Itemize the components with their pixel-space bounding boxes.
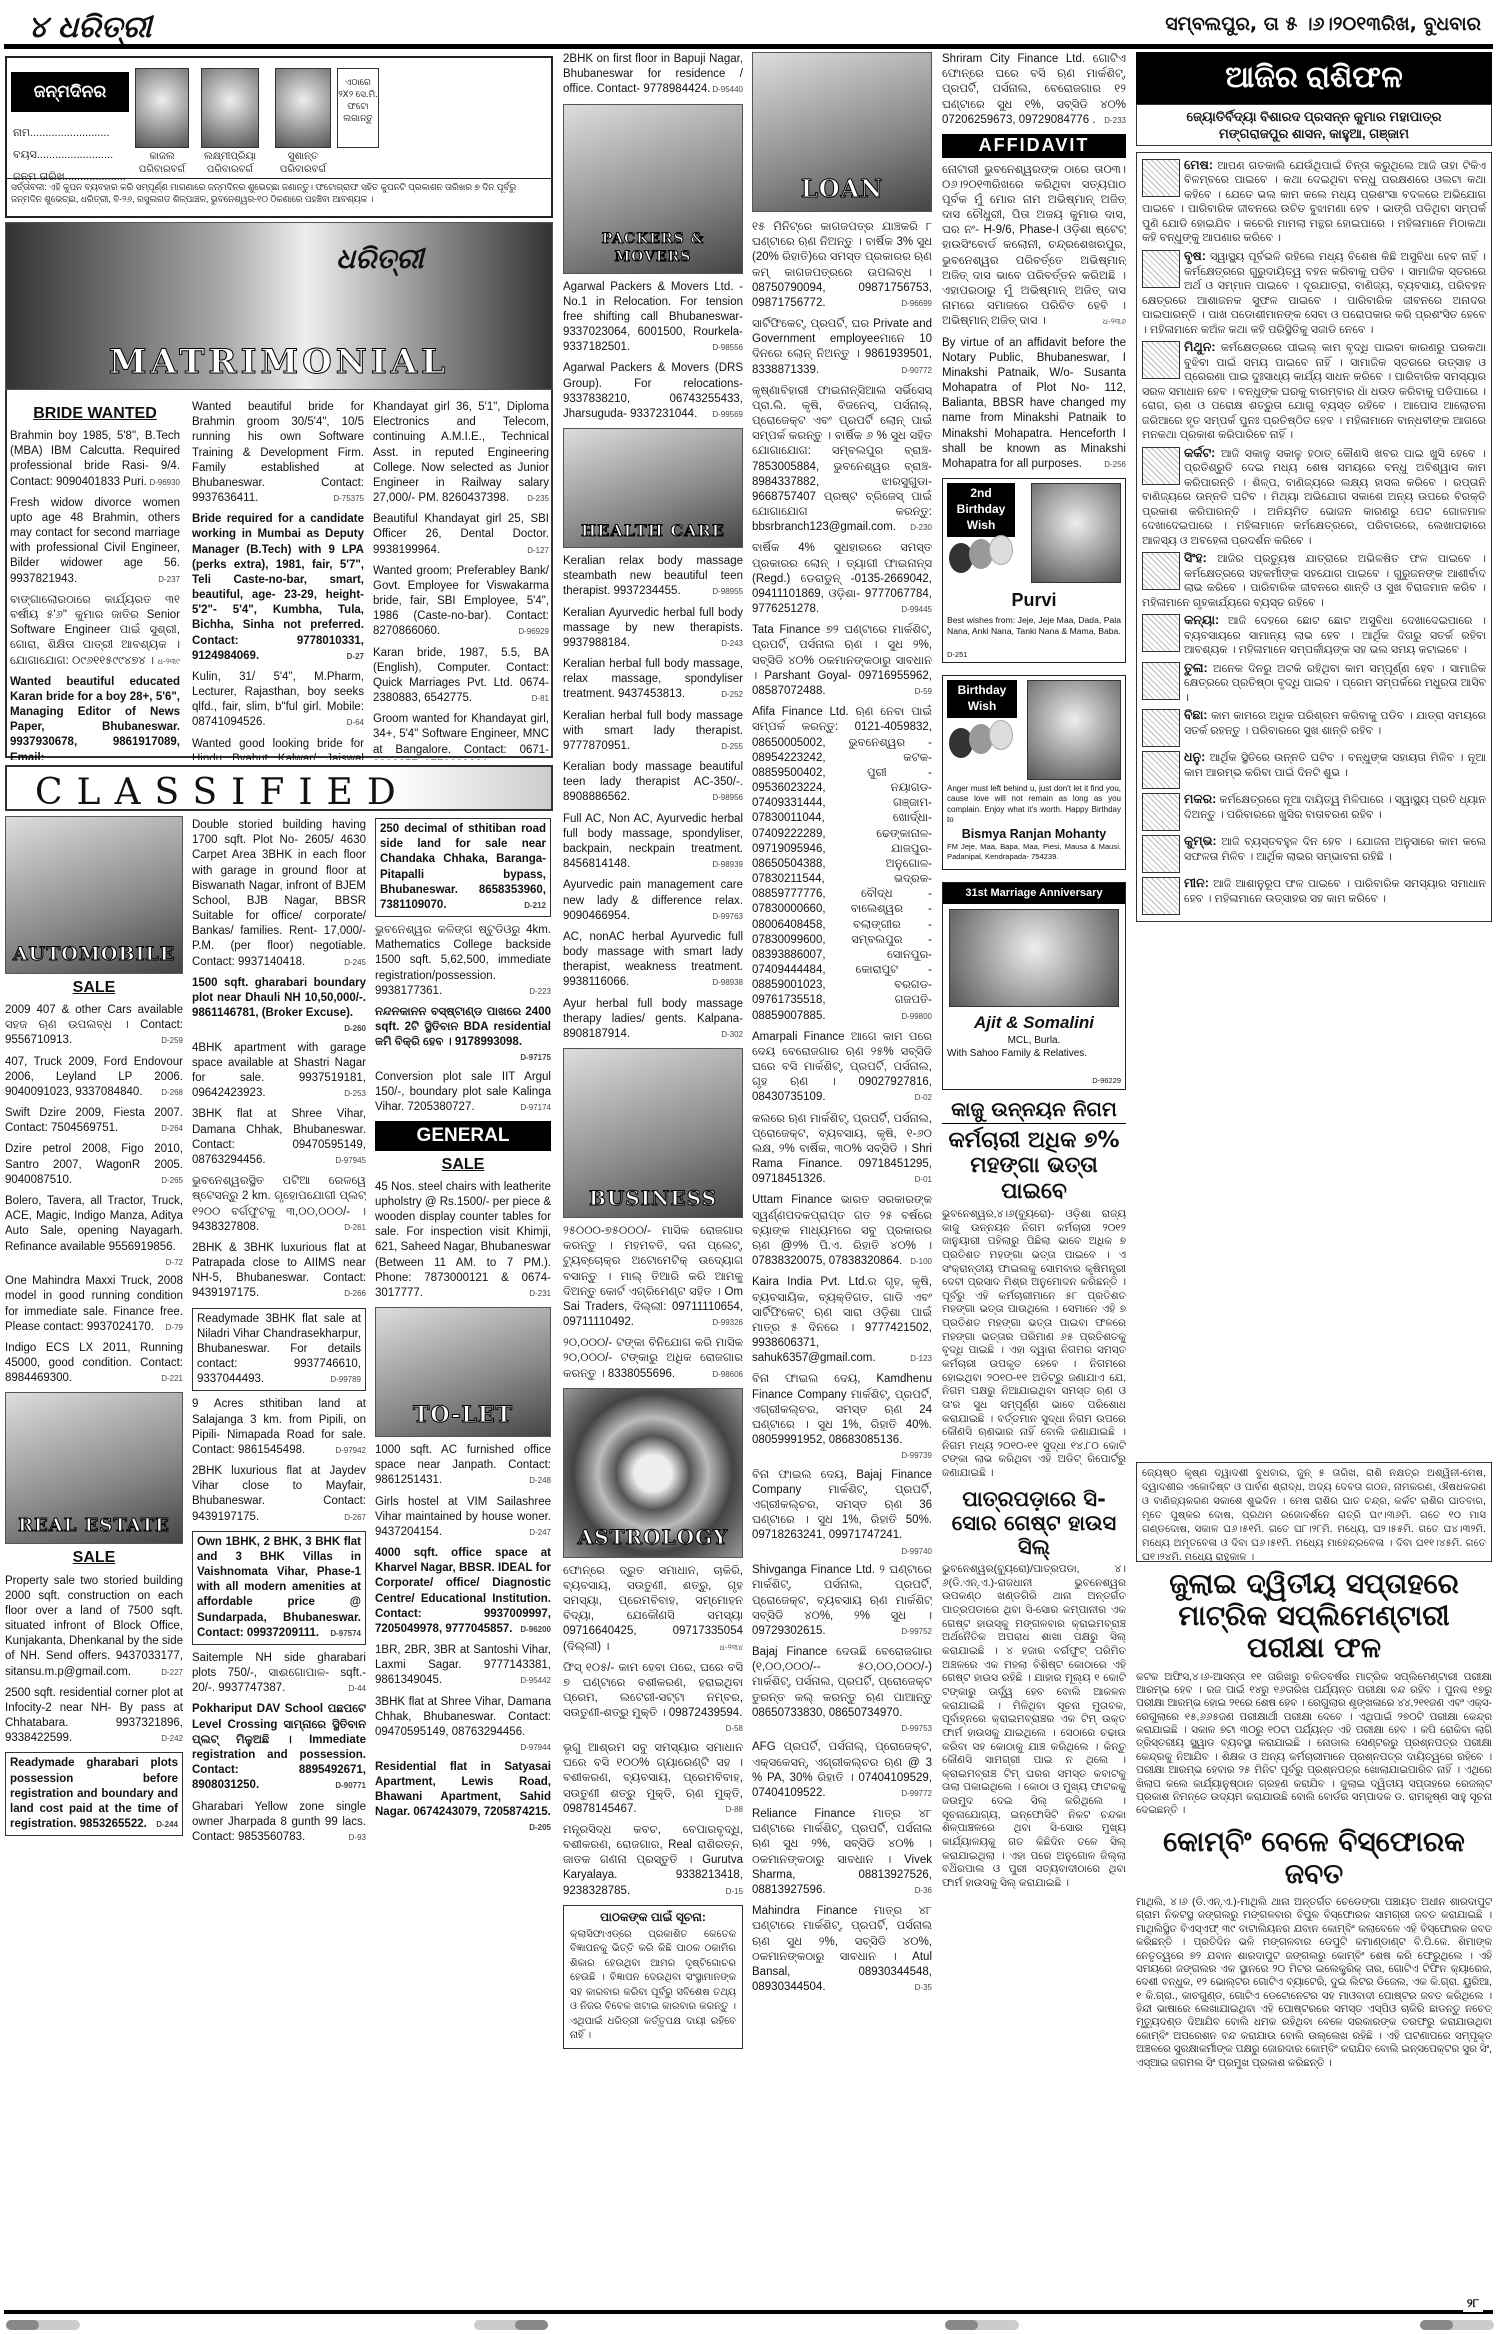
coupon-photo-placeholder: ଏଠାରେ ୨X୨ ସେ.ମି. ଫଟୋ ଲଗାନ୍ତୁ [337,68,379,148]
panjika-box: ଜ୍ୟେଷ୍ଠ କୃଷ୍ଣ ଦ୍ୱାଦଶୀ ବୁଧବାର, ଜୁନ୍ ୫ ତାର… [1136,1462,1492,1562]
ad-code: D-35 [915,1983,932,1994]
zodiac-sign-icon [1142,662,1180,700]
ad-text: Wanted good looking bride for Hindu Byah… [192,738,364,760]
rashi-name: ଧନୁ: [1184,750,1205,764]
classified-ad: ଫିସ୍ ୧୦୫/- କାମ ହେବା ପରେ, ଘରେ ବସି ୭ ଘଣ୍ଟା… [563,1661,743,1735]
ad-code: D-233 [1104,116,1126,127]
ad-code: D-75375 [333,494,364,505]
ad-text: Fresh widow divorce women upto age 48 Br… [10,497,180,585]
matrimonial-col-3: Khandayat girl 36, 5'1", Diploma Electro… [373,400,549,760]
rashi-name: ସିଂହ: [1184,551,1207,565]
ad-text: 407, Truck 2009, Ford Endovour 2006, Ley… [5,1056,183,1098]
ad-text: Saitemple NH side gharabari plots 750/-,… [192,1652,366,1694]
rashi-name: ତୁଳା: [1184,661,1208,675]
classified-ad: Gharabari Yellow zone single owner Jharp… [192,1800,366,1846]
classified-ad: Property sale two storied building 2000 … [5,1574,183,1680]
ad-code: D-248 [529,1476,551,1487]
ad-text: ବାଙ୍ଗାଲୋରଠାରେ କାର୍ଯ୍ୟରତ ୩୧ ବର୍ଷୀୟ ୫'୬" କ… [10,594,180,667]
classified-ad: 407, Truck 2009, Ford Endovour 2006, Ley… [5,1055,183,1101]
classified-ad: 2009 407 & other Cars available ସହଜ ଋଣ ଉ… [5,1003,183,1049]
rashi-text: ଅନେକ ଦିନରୁ ଅଟକି ରହିଥିବା କାମ ସମ୍ପୂର୍ଣ୍ଣ ହ… [1184,663,1486,704]
classified-ad: ମନ୍ତ୍ରସିଦ୍ଧ କବଚ, ବେପାରବୃଦ୍ଧି, ବଶୀକରଣ, ରୋ… [563,1823,743,1899]
classified-ad: One Mahindra Maxxi Truck, 2008 model in … [5,1274,183,1335]
ad-text: Dzire petrol 2008, Figo 2010, Santro 200… [5,1143,183,1185]
ad-code: D-95440 [712,85,743,96]
news-kicker-cashew: କାଜୁ ଉନ୍ନୟନ ନିଗମ [942,1098,1126,1124]
rashi-text: ଆଜି ବ୍ୟସ୍ତବହୁଳ ଦିନ ହେବ । ଯୋଜନା ଅନୁସାରେ କ… [1184,836,1486,863]
news-headline-guesthouse: ପାତ୍ରପଡ଼ାରେ ସି-ସୋର ଗେଷ୍ଟ ହାଉସ ସିଲ୍ [942,1487,1126,1559]
classified-ad: ବାଙ୍ଗାଲୋରଠାରେ କାର୍ଯ୍ୟରତ ୩୧ ବର୍ଷୀୟ ୫'୬" କ… [10,593,180,669]
classified-banner: CLASSIFIED [5,765,553,811]
ad-text: 2500 sqft. residential corner plot at In… [5,1687,183,1745]
rashi-name: କର୍କଟ: [1184,446,1215,460]
column-6: Shriram City Finance Ltd. ଗୋଟିଏ ଫୋନ୍‌ରେ … [942,52,1126,2310]
classified-ad: 250 decimal of sthitiban road side land … [375,818,551,917]
ad-code: D-268 [161,1088,183,1099]
rashi-text: ଆପଣ ଗତକାଲି ଯେଉଁଥିପାଇଁ ଚିନ୍ତା କରୁଥିଲେ ଆଜି… [1142,160,1486,245]
to-let-image: TO-LET [375,1307,551,1437]
ad-text: Gharabari Yellow zone single owner Jharp… [192,1801,366,1843]
ad-code: D-72 [166,1258,183,1269]
ad-text: ଭୁବନେଶ୍ୱର କଳିଙ୍ଗ ଷ୍ଟୁଡିଓରୁ 4km. Mathemat… [375,924,551,997]
coupon-field-age[interactable]: ବୟସ......................... [13,144,133,166]
classified-ad: Shivganga Finance Ltd. ୨ ଘଣ୍ଟାରେ ମାର୍କଶି… [752,1563,932,1639]
ad-code: D-97174 [520,1103,551,1114]
classified-ad: ୨୦,୦୦୦/- ଟଙ୍କା ବିନିଯୋଗ କରି ମାସିକ ୨୦,୦୦୦/… [563,1336,743,1382]
classified-ad: Residential flat in Satyasai Apartment, … [375,1760,551,1834]
ad-code: D-97945 [335,1156,366,1167]
rashi-text: ଆର୍ଥିକ ସ୍ଥିତିରେ ଉନ୍ନତି ଘଟିବ । ବନ୍ଧୁଙ୍କ ସ… [1184,752,1486,779]
classified-ad: Fresh widow divorce women upto age 48 Br… [10,496,180,587]
birthday-wish-bismya: Birthday Wish Anger must left behind u, … [942,675,1126,870]
ad-text: 2009 407 & other Cars available ସହଜ ଋଣ ଉ… [5,1004,183,1046]
classified-ad: ଭୁବନେଶ୍ୱର କଳିଙ୍ଗ ଷ୍ଟୁଡିଓରୁ 4km. Mathemat… [375,923,551,999]
general-bar: GENERAL [375,1121,551,1150]
ad-text: Uttam Finance ଭାରତ ସରକାରଙ୍କ ସ୍ୱର୍ଣ୍ଣପଦକପ… [752,1194,932,1267]
dharitri-logo: ଧରିତ୍ରୀ [336,241,423,278]
couple-place: MCL, Burla. [943,1034,1125,1047]
ad-code: D-99772 [901,1789,932,1800]
birthday-coupon: ଜନ୍ମଦିନର ଶୁଭେଚ୍ଛା ନାମ...................… [5,56,553,218]
ad-text: Karan bride, 1987, 5.5, BA (English), Co… [373,647,549,705]
ad-code: D-252 [721,690,743,701]
footer-rule [4,2310,1493,2314]
business-image: BUSINESS [563,1048,743,1218]
classified-ad: Keralian relax body massage steambath ne… [563,554,743,600]
ad-code: ଧ-୨୩୯ [158,657,180,668]
ad-code: D-99752 [901,1627,932,1638]
classified-ad: 2BHK & 3BHK luxurious flat at Patrapada … [192,1241,366,1302]
classified-ad: ୧୫ ମିନିଟ୍‌ରେ କାଗଜପତ୍ର ଯାଞ୍ଚକରି ୮ ଘଣ୍ଟାରେ… [752,220,932,311]
zodiac-sign-icon [1142,341,1180,379]
ad-text: ୧୫ ମିନିଟ୍‌ରେ କାଗଜପତ୍ର ଯାଞ୍ଚକରି ୮ ଘଣ୍ଟାରେ… [752,221,932,309]
news-body-cashew: ଭୁବନେଶ୍ୱର,୪।୬(ବ୍ୟୁରୋ)- ଓଡ଼ିଶା ରାଜ୍ୟ କାଜୁ… [942,1208,1126,1481]
ad-text: By virtue of an affidavit before the Not… [942,337,1126,470]
ad-text: Bajaj Finance ଦେଉଛି ବେରୋଜଗାର (୧,୦୦,୦୦୦/-… [752,1646,932,1719]
ad-text: 3BHK flat at Shree Vihar, Damana Chhak, … [375,1696,551,1738]
zodiac-sign-icon [1142,709,1180,747]
zodiac-sign-icon [1142,835,1180,873]
horizontal-scrollbar-mid[interactable] [474,2320,548,2330]
ad-text: Afifa Finance Ltd. ଋଣ ନେବା ପାଇଁ ସମ୍ପର୍କ … [752,706,932,1021]
ad-code: D-255 [721,742,743,753]
ad-code: D-223 [529,987,551,998]
classified-ad: Khandayat girl 36, 5'1", Diploma Electro… [373,400,549,506]
ad-code: D-97944 [520,1743,551,1754]
panjika-text: ଜ୍ୟେଷ୍ଠ କୃଷ୍ଣ ଦ୍ୱାଦଶୀ ବୁଧବାର, ଜୁନ୍ ୫ ତାର… [1142,1467,1486,1562]
reader-notice: ପାଠକଙ୍କ ପାଇଁ ସୂଚନା: କ୍ଲାସିଫାଏଡ୍‌ରେ ପ୍ରକା… [563,1905,743,2049]
classified-ad: Groom wanted for Khandayat girl, 34+, 5'… [373,712,549,760]
classified-ad: 1500 sqft. gharabari boundary plot near … [192,976,366,1035]
classified-ad: Uttam Finance ଭାରତ ସରକାରଙ୍କ ସ୍ୱର୍ଣ୍ଣପଦକପ… [752,1193,932,1269]
ad-text: Double storied building having 1700 sqft… [192,819,366,968]
classified-col-1: AUTOMOBILE SALE 2009 407 & other Cars av… [5,816,183,2310]
ad-text: Shriram City Finance Ltd. ଗୋଟିଏ ଫୋନ୍‌ରେ … [942,53,1126,126]
classified-ad: ଫୋନ୍‌ରେ ଦ୍ରୁତ ସମାଧାନ, ଚାକିରି, ବ୍ୟବସାୟ, ସ… [563,1564,743,1655]
couple-names: Ajit & Somalini [943,1012,1125,1034]
coupon-field-name[interactable]: ନାମ.......................... [13,122,133,144]
rashi-name: କନ୍ୟା: [1184,613,1219,627]
ad-text: One Mahindra Maxxi Truck, 2008 model in … [5,1275,183,1333]
classified-ad: By virtue of an affidavit before the Not… [942,336,1126,473]
ad-text: Own 1BHK, 2 BHK, 3 BHK flat and 3 BHK Vi… [197,1536,361,1639]
rashi-text: ସ୍ୱାସ୍ଥ୍ୟ ପୂର୍ବଭଳି ରହିଲେ ମଧ୍ୟ ବିଶେଷ କିଛି… [1142,251,1486,336]
ad-code: D-266 [344,1289,366,1300]
zodiac-sign-icon [1142,614,1180,652]
classified-ad: Afifa Finance Ltd. ଋଣ ନେବା ପାଇଁ ସମ୍ପର୍କ … [752,705,932,1024]
automobile-image: AUTOMOBILE [5,816,183,974]
general-sale-heading: SALE [375,1154,551,1175]
rashifal-list: ମେଷ: ଆପଣ ଗତକାଲି ଯେଉଁଥିପାଇଁ ଚିନ୍ତା କରୁଥିଲ… [1136,152,1492,923]
ad-code: D-247 [529,1528,551,1539]
ad-text: ନନ୍ଦନକାନନ ବସ୍‌ଷ୍ଟାଣ୍ଡ ପାଖରେ 2400 sqft. 2… [375,1006,551,1048]
classified-ad: Ayur herbal full body massage therapy la… [563,997,743,1043]
birthday-name: Purvi [943,589,1125,613]
classified-ad: Shriram City Finance Ltd. ଗୋଟିଏ ଫୋନ୍‌ରେ … [942,52,1126,128]
classified-ad: Ayurvedic pain management care new lady … [563,878,743,924]
ad-text: Residential flat in Satyasai Apartment, … [375,1761,551,1819]
horizontal-scrollbar-far-right[interactable] [1420,2320,1494,2330]
ad-code: D-96699 [901,299,932,310]
news-headline-matric: ଜୁଲାଇ ଦ୍ୱିତୀୟ ସପ୍ତାହରେ ମାଟ୍ରିକ ସପ୍ଲିମେଣ୍… [1136,1568,1492,1665]
classified-ad: ଭୃଗୁ ଆଶ୍ରମ ସବୁ ସମସ୍ୟାର ସମାଧାନ ଘରେ ବସି ୧୦… [563,1741,743,1817]
bride-wanted-heading: BRIDE WANTED [10,403,180,424]
rashi-item: ମୀନ: ଆଜି ଆଶାନୁରୂପ ଫଳ ପାଇବେ । ପାରିବାରିକ ସ… [1142,875,1486,915]
packers-movers-image: PACKERS & MOVERS [563,104,743,274]
classified-ad: Agarwal Packers & Movers (DRS Group). Fo… [563,361,743,422]
rashifal-section: ଆଜିର ରାଶିଫଳ ଜ୍ୟୋତିର୍ବିଦ୍ୟା ବିଶାରଦ ପ୍ରସନ୍… [1136,52,1492,1472]
ad-code: D-97175 [520,1053,551,1064]
ad-code: D-265 [161,1176,183,1187]
ad-text: Mahindra Finance ମାତ୍ର ୪୮ ଘଣ୍ଟାରେ ମାର୍କଶ… [752,1905,932,1993]
ad-text: Tata Finance ୭୨ ଘଣ୍ଟାରେ ମାର୍କଶିଟ୍, ପ୍ରପର… [752,624,932,697]
classified-ad: Bride required for a candidate working i… [192,512,364,664]
ad-text: Wanted beautiful educated Karan bride fo… [10,676,180,760]
rashi-text: କର୍ମକ୍ଷେତ୍ରରେ ପୀଇଲ୍ କାମ ବୃଦ୍ଧି ପାଇବା କାର… [1142,342,1486,441]
anniversary-message: With Sahoo Family & Relatives. [943,1047,1125,1060]
news-right: ଜୁଲାଇ ଦ୍ୱିତୀୟ ସପ୍ତାହରେ ମାଟ୍ରିକ ସପ୍ଲିମେଣ୍… [1136,1568,1492,2308]
rashi-item: ସିଂହ: ଆଜିର ପ୍ରତ୍ୟୁଷ ଯାତ୍ରାରେ ଅଭିଳଷିତ ଫଳ … [1142,550,1486,610]
column-5: LOAN ୧୫ ମିନିଟ୍‌ରେ କାଗଜପତ୍ର ଯାଞ୍ଚକରି ୮ ଘଣ… [752,52,932,2310]
rashi-name: ମିଥୁନ: [1184,340,1215,354]
ad-code: D-98956 [712,793,743,804]
ad-text: Swift Dzire 2009, Fiesta 2007. Contact: … [5,1107,183,1134]
automobile-sale-heading: SALE [5,977,183,998]
matrimonial-banner: ଧରିତ୍ରୀ MATRIMONIAL [5,222,553,390]
classified-ad: Tata Finance ୭୨ ଘଣ୍ଟାରେ ମାର୍କଶିଟ୍, ପ୍ରପର… [752,623,932,699]
classified-ad: 4000 sqft. office space at Kharvel Nagar… [375,1546,551,1637]
ad-code: D-58 [726,1724,743,1735]
coupon-photo-1 [135,68,189,148]
classified-ad: ନନ୍ଦନକାନନ ବସ୍‌ଷ୍ଟାଣ୍ଡ ପାଖରେ 2400 sqft. 2… [375,1005,551,1064]
ad-code: D-99740 [901,1547,932,1558]
ad-text: Kulin, 31/ 5'4", M.Pharm, Lecturer, Raja… [192,671,364,729]
ad-text: Amarpali Finance ଆଗେ କାମ ପରେ ଦେୟ ବେରୋଜଗା… [752,1031,932,1104]
classified-col-3: 250 decimal of sthitiban road side land … [375,818,551,2310]
loan-image: LOAN [752,52,932,212]
ad-code: D-36 [915,1886,932,1897]
ad-text: Bride required for a candidate working i… [192,513,364,662]
ad-code: D-127 [527,546,549,557]
classified-ad: Readymade 3BHK flat sale at Niladri Viha… [192,1308,366,1392]
classified-ad: Kulin, 31/ 5'4", M.Pharm, Lecturer, Raja… [192,670,364,731]
ad-code: D-27 [347,652,364,663]
ad-code: D-99800 [901,1012,932,1023]
ad-code: D-95442 [520,1676,551,1687]
ad-code: D-253 [344,1089,366,1100]
ad-text: କୃଷ୍ଣାବିହାରୀ ଫାଇନାନ୍ସିଆଲ ସର୍ଭିସେସ୍ ପ୍ରା.… [752,385,932,534]
ad-code: D-251 [947,650,967,660]
classified-ad: 2BHK luxurious flat at Jaydev Vihar clos… [192,1464,366,1525]
ad-text: 1000 sqft. AC furnished office space nea… [375,1444,551,1486]
ad-code: D-96929 [518,627,549,638]
zodiac-sign-icon [1142,877,1180,915]
classified-ad: Bajaj Finance ଦେଉଛି ବେରୋଜଗାର (୧,୦୦,୦୦୦/-… [752,1645,932,1734]
ad-text: ବିନା ଫାଇଲ ଦେୟ, Kamdhenu Finance Company … [752,1373,932,1446]
classified-ad: Conversion plot sale IIT Argul 150/-, bo… [375,1070,551,1116]
classified-ad: 9 Acres sthitiban land at Salajanga 3 km… [192,1397,366,1458]
rashi-name: କୁମ୍ଭ: [1184,834,1217,848]
ad-code: D-64 [347,718,364,729]
classified-ad: Kaira India Pvt. Ltd.ର ଗୃହ, କୃଷି, ବ୍ୟବସା… [752,1275,932,1366]
classified-ad: Keralian body massage beautiful teen lad… [563,760,743,806]
ad-text: Keralian herbal full body massage with s… [563,710,743,752]
balloons-icon-3 [989,535,1013,565]
rashi-item: ମେଷ: ଆପଣ ଗତକାଲି ଯେଉଁଥିପାଇଁ ଚିନ୍ତା କରୁଥିଲ… [1142,157,1486,246]
ad-code: D-88 [726,1805,743,1816]
couple-photo [949,909,1119,1007]
rashi-item: ମକର: କର୍ମକ୍ଷେତ୍ରରେ ନୂଆ ଦାୟିତ୍ୱ ମିଳିପାରେ … [1142,791,1486,831]
rashifal-author: ଜ୍ୟୋତିର୍ବିଦ୍ୟା ବିଶାରଦ ପ୍ରସନ୍ନ କୁମାର ମହାପ… [1136,104,1492,146]
birthday-message: Anger must left behind u, just don't let… [947,784,1121,826]
classified-ad: 1000 sqft. AC furnished office space nea… [375,1443,551,1489]
classified-ad: 2BHK on first floor in Bapuji Nagar, Bhu… [563,52,743,98]
matrimonial-col-2: Wanted beautiful bride for Brahmin groom… [192,400,364,760]
coupon-photo-1-caption: କାଜଲପରିବାରବର୍ଗ [125,150,199,176]
ad-code: D-99753 [901,1724,932,1735]
classified-ad: Wanted beautiful bride for Brahmin groom… [192,400,364,506]
rashi-text: ଆଜି ଆଶାନୁରୂପ ଫଳ ପାଇବେ । ପାରିବାରିକ ସମସ୍ୟା… [1184,878,1486,905]
classified-ad: ନୋଟାରୀ ଭୁବନେଶ୍ୱରଙ୍କ ଠାରେ ତା୦୩।୦୬।୨୦୧୩ରିଖ… [942,163,1126,330]
zodiac-sign-icon [1142,250,1180,288]
ad-code: D-93 [349,1833,366,1844]
rashi-item: କନ୍ୟା: ଆଜି ଦେହରେ ଛୋଟ ଛୋଟ ଅସୁବିଧା ଦେଖାଦେଇ… [1142,612,1486,658]
news-body-guesthouse: ଭୁବନେଶ୍ୱର(ବ୍ୟୁରୋ)/ପାତ୍ରପଡା, ୪।୬(ଡି.ଏନ୍.ଏ… [942,1563,1126,1890]
ad-text: Keralian herbal full body massage, relax… [563,658,743,700]
ad-code: D-244 [156,1820,178,1831]
real-estate-sale-heading: SALE [5,1547,183,1568]
news-headline-cashew: କର୍ମଚାରୀ ଅଧିକ ୭% ମହଙ୍ଗା ଭତ୍ତା ପାଇବେ [942,1128,1126,1204]
classified-ad: AC, nonAC herbal Ayurvedic full body mas… [563,930,743,991]
ad-text: Reliance Finance ମାତ୍ର ୪୮ ଘଣ୍ଟାରେ ମାର୍କଶ… [752,1808,932,1896]
coupon-title: ଜନ୍ମଦିନର ଶୁଭେଚ୍ଛା [11,72,129,112]
rashi-text: କର୍ମକ୍ଷେତ୍ରରେ ନୂଆ ଦାୟିତ୍ୱ ମିଳିପାରେ । ସ୍ୱ… [1184,794,1486,821]
ad-code: D-227 [161,1668,183,1679]
classified-ad: Reliance Finance ମାତ୍ର ୪୮ ଘଣ୍ଟାରେ ମାର୍କଶ… [752,1807,932,1898]
ad-text: Beautiful Khandayat girl 25, SBI Officer… [373,513,549,555]
zodiac-sign-icon [1142,793,1180,831]
ad-code: D-243 [721,639,743,650]
ad-code: ଧ-୨୩୬ [1103,317,1126,328]
ad-code: D-221 [161,1374,183,1385]
birthday-title: 2nd Birthday Wish [947,483,1015,536]
matrimonial-label: MATRIMONIAL [6,340,552,385]
classified-ad: Keralian Ayurvedic herbal full body mass… [563,606,743,652]
zodiac-sign-icon [1142,447,1180,485]
classified-ad: ବିନା ଫାଇଲ ଦେୟ, Kamdhenu Finance Company … [752,1372,932,1461]
ad-code: D-99445 [901,605,932,616]
coupon-photo-3 [275,68,331,148]
rashi-name: ମେଷ: [1184,158,1213,172]
ad-code: D-235 [527,494,549,505]
rashi-name: ବିଛା: [1184,708,1207,722]
classified-ad: ଭୁବନେଶ୍ୱରସ୍ଥିତ ପଟିଆ ରେଳୱେ ଷ୍ଟେସନ୍‌ରୁ 2 k… [192,1174,366,1235]
horizontal-scrollbar-left[interactable] [6,2320,80,2330]
ad-code: D-59 [915,687,932,698]
ad-code: D-98556 [712,343,743,354]
classified-ad: Keralian herbal full body massage with s… [563,709,743,755]
classified-ad: Own 1BHK, 2 BHK, 3 BHK flat and 3 BHK Vi… [192,1531,366,1645]
rashi-item: ବୃଷ: ସ୍ୱାସ୍ଥ୍ୟ ପୂର୍ବଭଳି ରହିଲେ ମଧ୍ୟ ବିଶେଷ… [1142,248,1486,337]
ad-code: D-256 [1104,460,1126,471]
classified-ad: Dzire petrol 2008, Figo 2010, Santro 200… [5,1142,183,1188]
news-headline-explosives: କୋମ୍ବିଂ ବେଳେ ବିସ୍ଫୋରକ ଜବତ [1136,1826,1492,1890]
ad-text: ଭୁବନେଶ୍ୱରସ୍ଥିତ ପଟିଆ ରେଳୱେ ଷ୍ଟେସନ୍‌ରୁ 2 k… [192,1175,366,1233]
rashi-item: ତୁଳା: ଅନେକ ଦିନରୁ ଅଟକି ରହିଥିବା କାମ ସମ୍ପୂର… [1142,660,1486,706]
classified-label: CLASSIFIED [35,769,410,817]
classified-ad: ବାର୍ଷିକ 4% ସୁଧହାରରେ ସମସ୍ତ ପ୍ରକାରର ଲୋନ୍ ।… [752,541,932,617]
zodiac-sign-icon [1142,751,1180,789]
classified-ad: Indigo ECS LX 2011, Running 45000, good … [5,1341,183,1387]
ad-text: ୨୫୦୦୦-୭୫୦୦୦/- ମାସିକ ରୋଜଗାର କରନ୍ତୁ । ମହମବ… [563,1225,743,1328]
ad-code: D-98606 [712,1370,743,1381]
classified-ad: Brahmin boy 1985, 5'8", B.Tech (MBA) IBM… [10,429,180,490]
ad-text: Khandayat girl 36, 5'1", Diploma Electro… [373,401,549,504]
classified-ad: Keralian herbal full body massage, relax… [563,657,743,703]
anniversary-title: 31st Marriage Anniversary [943,883,1125,904]
birthday-wish-purvi: 2nd Birthday Wish Purvi Best wishes from… [942,478,1126,663]
horizontal-scrollbar-right[interactable] [945,2320,1019,2330]
ad-code: D-242 [161,1734,183,1745]
rashi-item: କର୍କଟ: ଆଜି ସକାଳୁ ସକାଳୁ ହଠାତ୍ କୌଣସି ଖବର ପ… [1142,445,1486,549]
classified-ad: Pokhariput DAV School ପଛପଟେ Level Crossi… [192,1702,366,1793]
classified-ad: Wanted beautiful educated Karan bride fo… [10,675,180,760]
classified-ad: 4BHK apartment with garage space availab… [192,1041,366,1102]
affidavit-bar: AFFIDAVIT [942,134,1126,158]
rashi-name: ମକର: [1184,792,1216,806]
ad-code: D-01 [915,1175,932,1186]
ad-text: Groom wanted for Khandayat girl, 34+, 5'… [373,713,549,760]
coupon-photo-2 [201,68,259,148]
ad-text: ବିନା ଫାଇଲ ଦେୟ, Bajaj Finance Company ମାର… [752,1469,932,1542]
rashifal-title: ଆଜିର ରାଶିଫଳ [1136,52,1492,104]
ad-code: D-99789 [330,1375,361,1386]
dateline: ସମ୍ବଲପୁର, ତା ୫ ।୬।୨୦୧୩ରିଖ, ବୁଧବାର [1165,12,1481,37]
ad-code: D-90772 [901,366,932,377]
classified-ad: 2500 sqft. residential corner plot at In… [5,1686,183,1747]
purvi-photo [1031,483,1121,583]
classified-ad: Amarpali Finance ଆଗେ କାମ ପରେ ଦେୟ ବେରୋଜଗା… [752,1030,932,1106]
ad-text: କଲରେ ଋଣ ମାର୍କଶିଟ୍, ପ୍ରପର୍ଟି, ପର୍ସନାଲ, ପ୍… [752,1113,932,1186]
classified-ad: Readymade gharabari plots possession bef… [5,1752,183,1836]
ad-text: ଫିସ୍ ୧୦୫/- କାମ ହେବା ପରେ, ଘରେ ବସି ୭ ଘଣ୍ଟା… [563,1662,743,1720]
ad-code: D-99569 [712,410,743,421]
news-body-explosives: ମାଥିଲି, ୪।୬ (ଡି.ଏନ୍.ଏ.)-ମାଥିଲି ଥାନା ଅନ୍ତ… [1136,1896,1492,2070]
ad-text: Pokhariput DAV School ପଛପଟେ Level Crossi… [192,1703,366,1791]
rashi-item: ମିଥୁନ: କର୍ମକ୍ଷେତ୍ରରେ ପୀଇଲ୍ କାମ ବୃଦ୍ଧି ପା… [1142,339,1486,443]
ad-text: ଭୃଗୁ ଆଶ୍ରମ ସବୁ ସମସ୍ୟାର ସମାଧାନ ଘରେ ବସି ୧୦… [563,1742,743,1815]
ad-text: Indigo ECS LX 2011, Running 45000, good … [5,1342,183,1384]
page-number-and-masthead: ୪ ଧରିତ୍ରୀ [28,8,151,48]
ad-code: D-100 [910,1257,932,1268]
classified-ad: 3BHK flat at Shree Vihar, Damana Chhak, … [192,1107,366,1168]
classified-ad: Agarwal Packers & Movers Ltd. - No.1 in … [563,280,743,356]
ad-code: D-98938 [712,978,743,989]
classified-ad: AFG ପ୍ରପର୍ଟି, ପର୍ସନାଲ୍, ପ୍ରୋଜେକ୍ଟ, ଏକ୍ସକ… [752,1740,932,1801]
ad-text: ନୋଟାରୀ ଭୁବନେଶ୍ୱରଙ୍କ ଠାରେ ତା୦୩।୦୬।୨୦୧୩ରିଖ… [942,164,1126,328]
bismya-photo [1027,680,1121,780]
ad-code: D-98939 [712,860,743,871]
ad-text: 4BHK apartment with garage space availab… [192,1042,366,1100]
ad-code: D-99763 [712,912,743,923]
ad-code: ଧ-୨୩୪ [720,1643,743,1654]
classified-ad: Karan bride, 1987, 5.5, BA (English), Co… [373,646,549,707]
classified-ad: Saitemple NH side gharabari plots 750/-,… [192,1651,366,1697]
ad-code: D-205 [529,1823,551,1834]
ad-code: D-98955 [712,587,743,598]
marriage-anniversary: 31st Marriage Anniversary Ajit & Somalin… [942,882,1126,1090]
ad-code: D-99739 [901,1451,932,1462]
ad-code: D-267 [344,1513,366,1524]
classified-ad: ବିନା ଫାଇଲ ଦେୟ, Bajaj Finance Company ମାର… [752,1468,932,1557]
coupon-terms: ସର୍ତ୍ତାବଳୀ: ଏହି କୁପନ ବ୍ୟବହାର କରି ସମ୍ପୂର୍… [7,178,551,209]
rashi-item: ଧନୁ: ଆର୍ଥିକ ସ୍ଥିତିରେ ଉନ୍ନତି ଘଟିବ । ବନ୍ଧୁ… [1142,749,1486,789]
rashi-item: କୁମ୍ଭ: ଆଜି ବ୍ୟସ୍ତବହୁଳ ଦିନ ହେବ । ଯୋଜନା ଅନ… [1142,833,1486,873]
footer-page-number: ୨୮ [1463,2296,1483,2312]
ad-code: D-302 [721,1030,743,1041]
ad-text: 4000 sqft. office space at Kharvel Nagar… [375,1547,551,1635]
ad-code: D-264 [161,1124,183,1135]
birthday-title: Birthday Wish [947,680,1017,718]
classified-ad: Mahindra Finance ମାତ୍ର ୪୮ ଘଣ୍ଟାରେ ମାର୍କଶ… [752,1904,932,1995]
classified-ad: 1BR, 2BR, 3BR at Santoshi Vihar, Laxmi S… [375,1643,551,1689]
classified-ad: କଲରେ ଋଣ ମାର୍କଶିଟ୍, ପ୍ରପର୍ଟି, ପର୍ସନାଲ, ପ୍… [752,1112,932,1188]
ad-code: D-96229 [1092,1076,1121,1086]
header-rule [4,44,1493,49]
classified-ad: ସାର୍ଟିଫିକେଟ୍, ପ୍ରପର୍ଟି, ଘର Private and G… [752,317,932,378]
ad-code: D-44 [349,1684,366,1695]
classified-ad: Double storied building having 1700 sqft… [192,818,366,970]
